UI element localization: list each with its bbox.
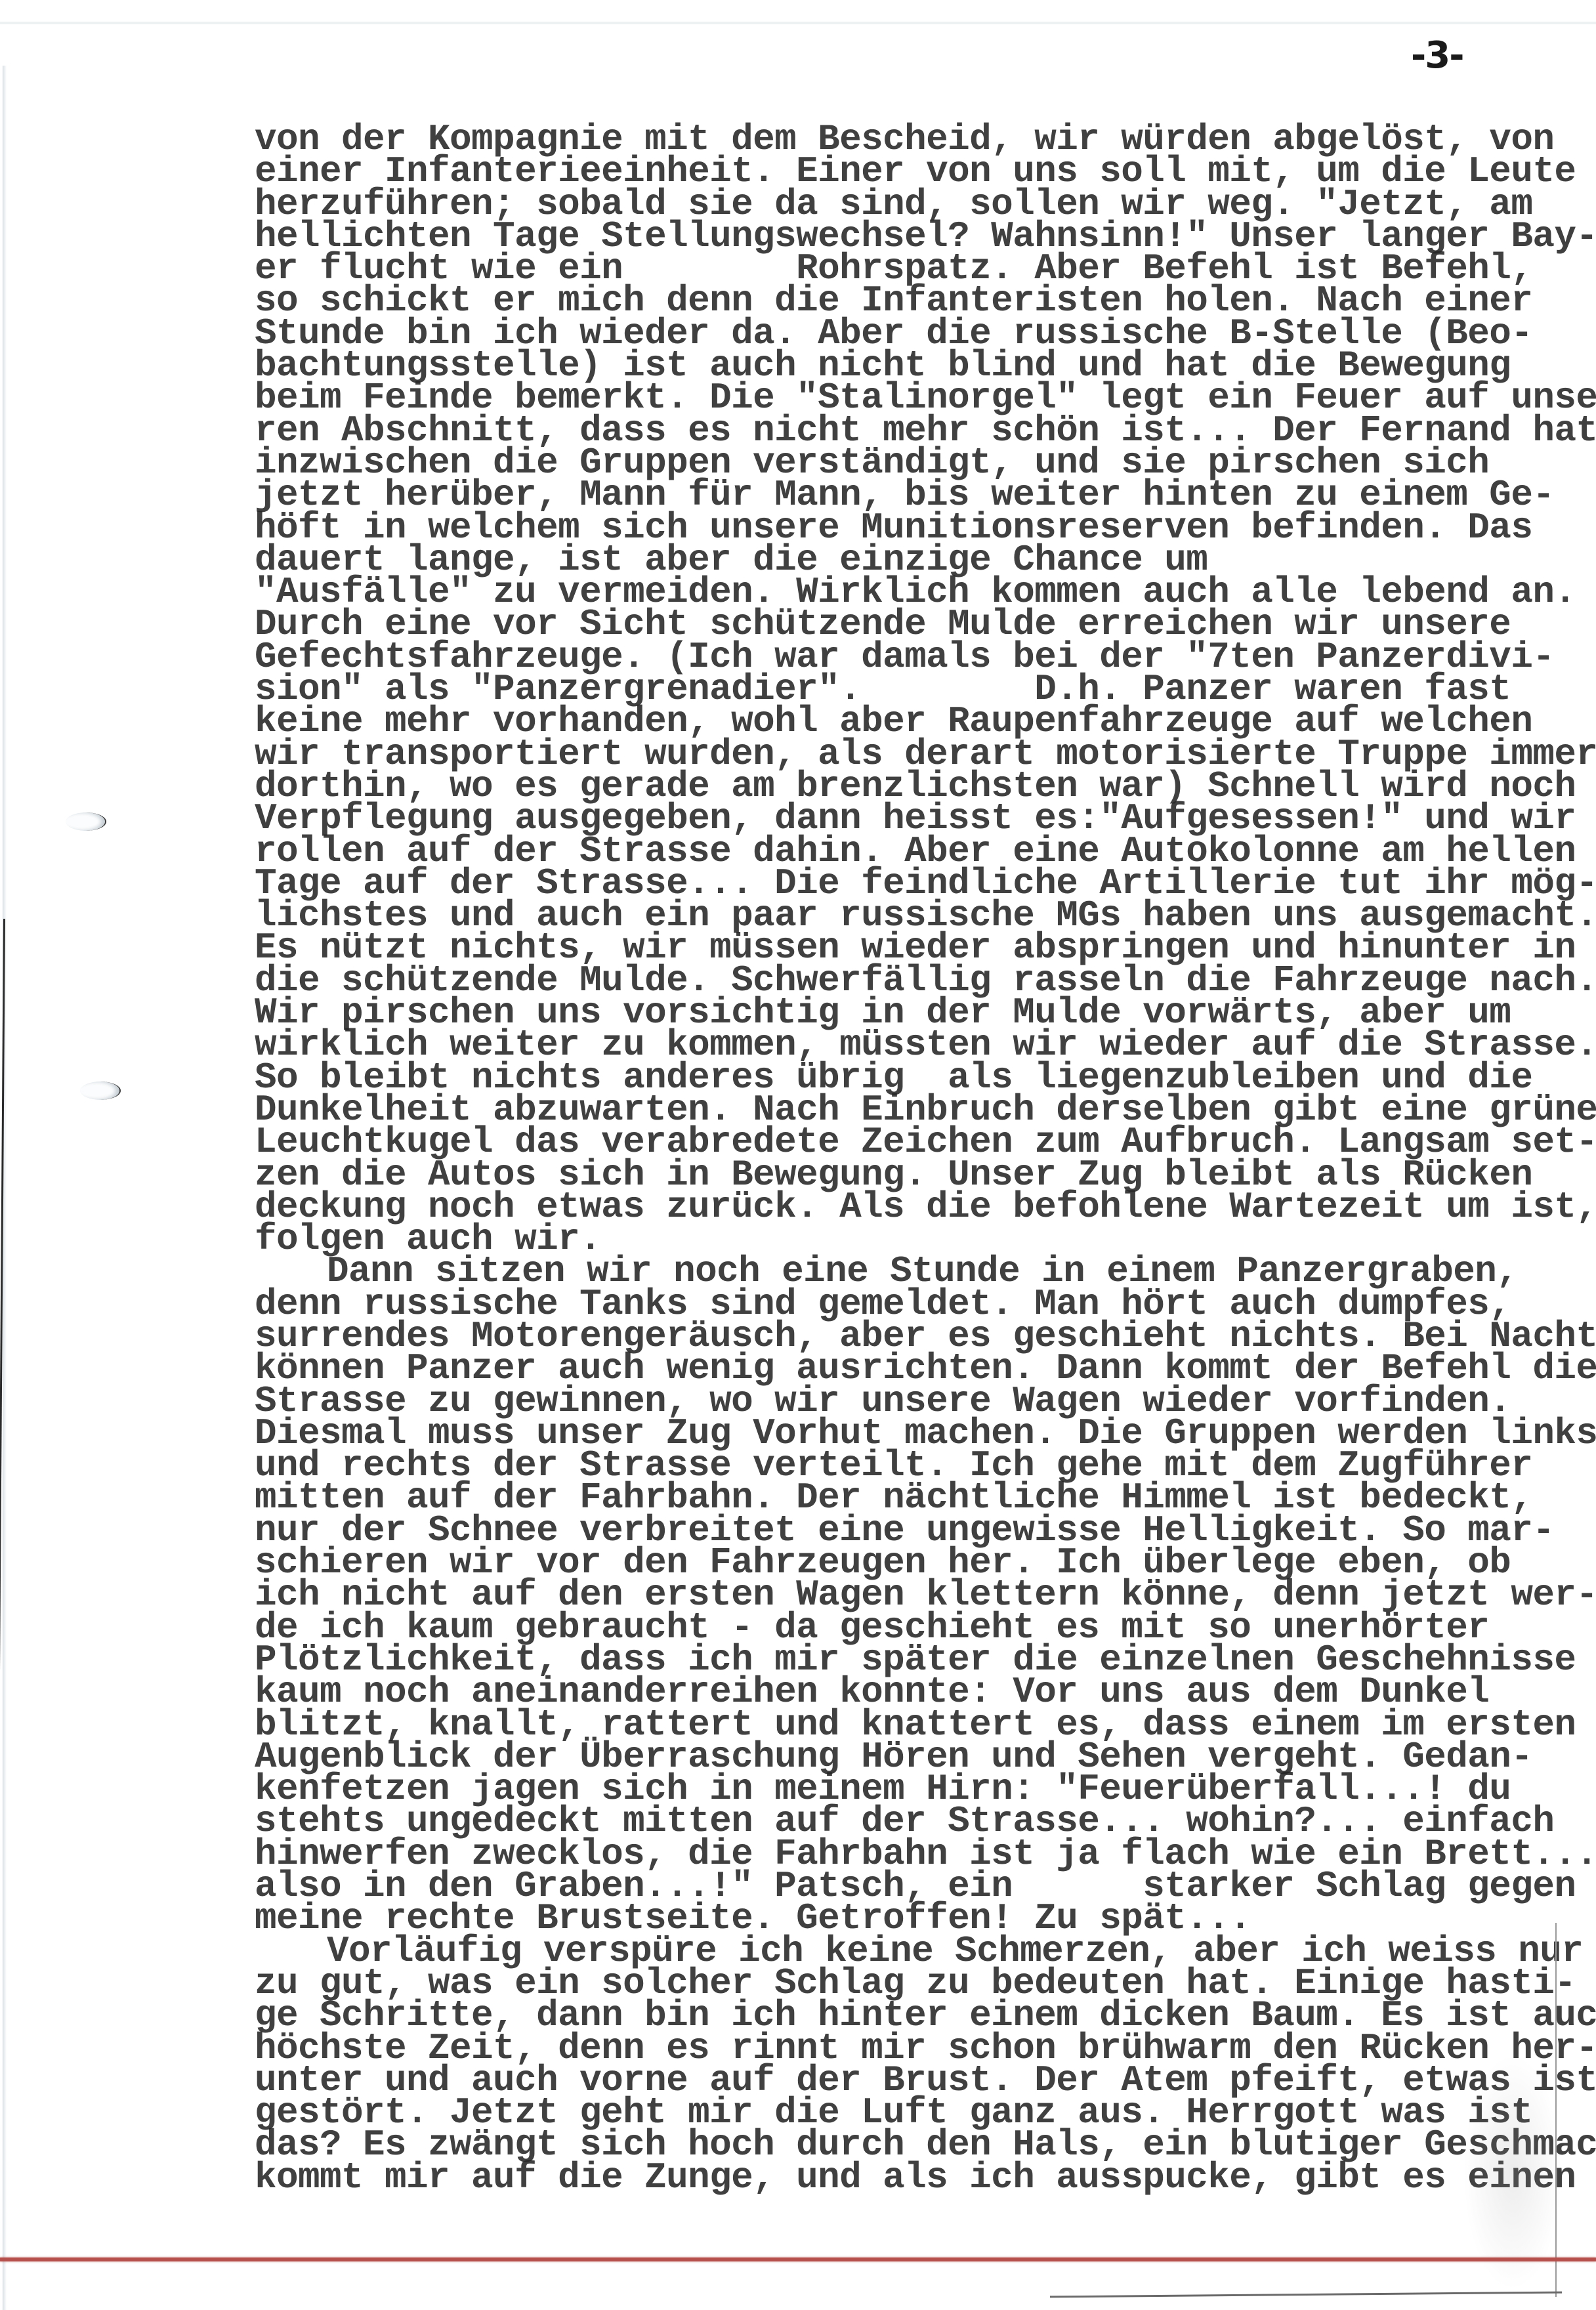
punch-hole-icon <box>80 1081 121 1100</box>
scan-right-edge <box>1555 1923 1557 2297</box>
scan-left-edge <box>0 66 10 2310</box>
red-rule-line <box>0 2257 1596 2261</box>
scan-shadow <box>1463 2054 1562 2290</box>
punch-hole-icon <box>66 812 106 831</box>
text-line: kommt mir auf die Zunge, und als ich aus… <box>255 2162 1587 2194</box>
typewritten-body: von der Kompagnie mit dem Bescheid, wir … <box>255 123 1587 2194</box>
page-number: -3- <box>1411 34 1463 77</box>
scan-bottom-edge <box>1050 2292 1562 2298</box>
scan-top-edge <box>0 22 1596 24</box>
